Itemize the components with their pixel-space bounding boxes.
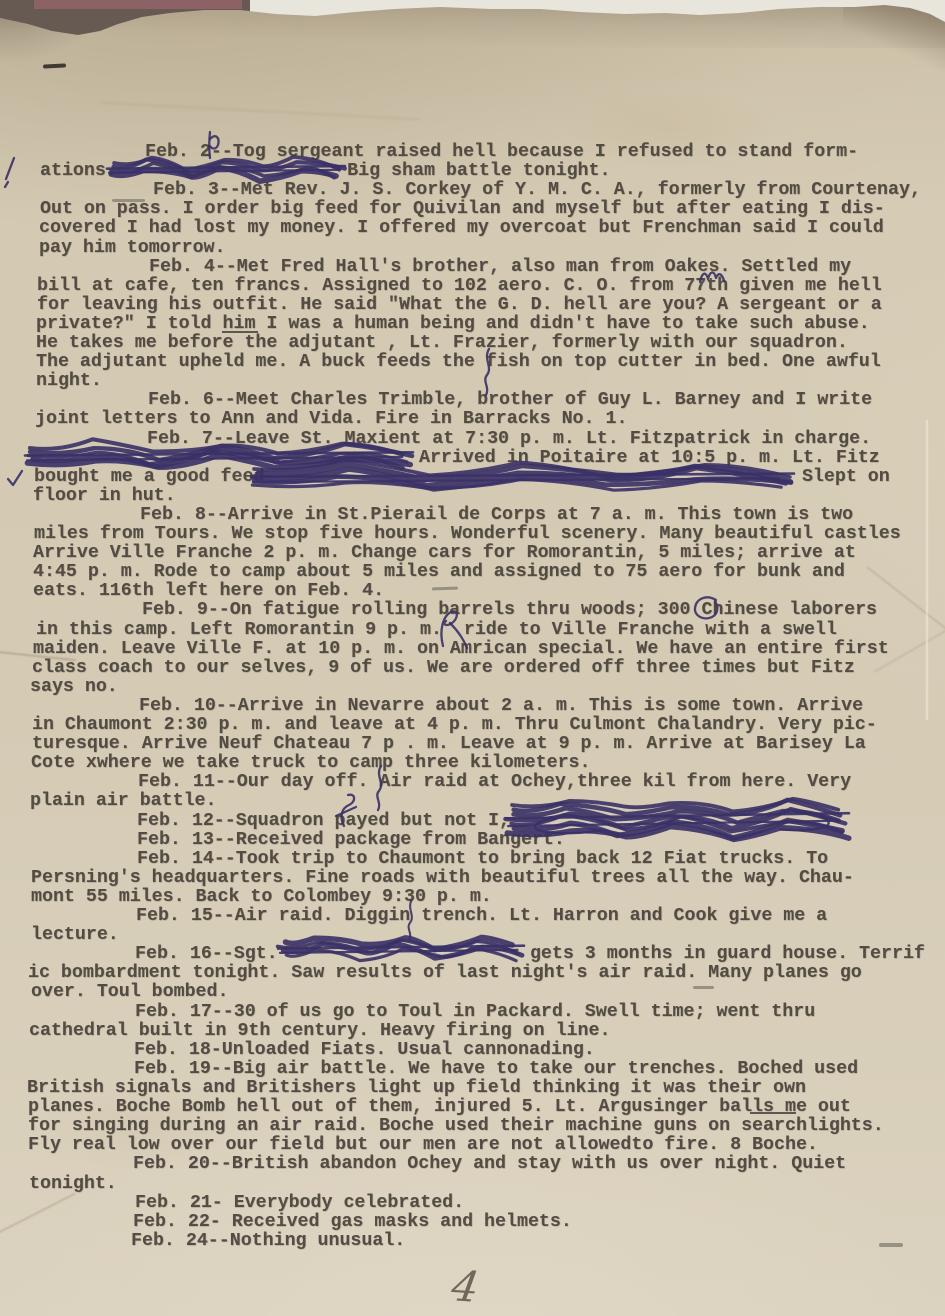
typed-line: night. xyxy=(36,372,102,391)
typed-line: floor in hut. xyxy=(33,487,176,506)
typed-line: Feb. 14--Took trip to Chaumont to bring … xyxy=(137,850,828,869)
typed-line: Feb. 4--Met Fred Hall's brother, also ma… xyxy=(149,258,851,277)
typed-line: lecture. xyxy=(31,926,119,945)
typed-line: miles from Tours. We stop five hours. Wo… xyxy=(34,525,901,544)
typed-line: British signals and Britishers light up … xyxy=(27,1079,806,1098)
typed-line: cathedral built in 9th century. Heavy fi… xyxy=(29,1022,610,1041)
scanned-diary-page: Feb. 2--Tog sergeant raised hell because… xyxy=(0,0,945,1316)
typed-line: says no. xyxy=(30,678,118,697)
typed-line: Cote xwhere we take truck to camp three … xyxy=(31,754,591,773)
ink-crossout-sgt-name xyxy=(277,940,525,959)
ink-correction-p xyxy=(203,129,221,159)
typed-line: in Chaumont 2:30 p. m. and leave at 4 p.… xyxy=(32,716,877,735)
pencil-dash-bottom xyxy=(879,1243,903,1247)
typed-line: Feb. 21- Everybody celebrated. xyxy=(135,1194,464,1213)
typed-line: 4:45 p. m. Rode to camp about 5 miles an… xyxy=(33,563,845,582)
typed-line: for leaving his outfit. He said "What th… xyxy=(37,296,882,315)
typed-line: Feb. 10--Arrive in Nevarre about 2 a. m.… xyxy=(139,697,863,716)
typed-line: He takes me before the adjutant , Lt. Fr… xyxy=(36,334,848,353)
page-number: 4 xyxy=(448,1261,482,1311)
typed-line: private?" I told him I was a human being… xyxy=(36,315,870,334)
scan-edge-sliver xyxy=(34,0,242,9)
ink-correction-i xyxy=(437,608,469,650)
typed-line: Feb. 24--Nothing unusual. xyxy=(131,1232,405,1251)
ink-flourish-air-raid xyxy=(371,764,389,812)
typed-line: Feb. 15--Air raid. Diggin trench. Lt. Ha… xyxy=(136,907,827,926)
typed-line: eats. 116th left here on Feb. 4. xyxy=(33,582,384,601)
ink-flourish-fish xyxy=(479,347,497,397)
typed-line: Feb. 2--Tog sergeant raised hell because… xyxy=(145,143,858,162)
typed-line: tonight. xyxy=(29,1175,117,1194)
typed-line: Feb. 20--British abandon Ochey and stay … xyxy=(133,1155,846,1174)
ink-crossout-feed xyxy=(250,467,795,489)
typed-line: mont 55 miles. Back to Colombey 9:30 p. … xyxy=(31,888,492,907)
typed-line: Feb. 22- Received gas masks and helmets. xyxy=(133,1213,572,1232)
typed-line: Feb. 8--Arrive in St.Pierail de Corps at… xyxy=(140,506,853,525)
margin-check-mark xyxy=(7,469,23,487)
paper-sheet: Feb. 2--Tog sergeant raised hell because… xyxy=(0,0,945,1316)
typed-line: Feb. 13--Received package from Bangert. xyxy=(137,831,565,850)
typed-line: Out on pass. I order big feed for Quivil… xyxy=(40,200,885,219)
typed-line: Feb. 18-Unloaded Fiats. Usual cannonadin… xyxy=(134,1041,595,1060)
typed-line: Feb. 17--30 of us go to Toul in Packard.… xyxy=(135,1003,815,1022)
crease-line xyxy=(0,1193,76,1234)
ink-correction-ch xyxy=(692,595,720,621)
typed-line: Feb. 3--Met Rev. J. S. Corkey of Y. M. C… xyxy=(153,181,921,200)
typed-line: plain air battle. xyxy=(30,792,217,811)
typed-line: Feb. 19--Big air battle. We have to take… xyxy=(134,1060,858,1079)
typed-line: Fly real low over our field but our men … xyxy=(28,1136,818,1155)
typed-line: Feb. 6--Meet Charles Trimble, brother of… xyxy=(148,391,872,410)
typed-line: Arrive Ville Franche 2 p. m. Change cars… xyxy=(33,544,856,563)
typed-line: Feb. 16--Sgt. gets 3 months in guard hou… xyxy=(135,945,925,964)
crease-line xyxy=(100,102,420,121)
typed-line: for singing during an air raid. Boche us… xyxy=(28,1117,884,1136)
typed-line: class coach to our selves, 9 of us. We a… xyxy=(32,659,855,678)
pencil-underline-feb3 xyxy=(112,199,145,202)
typed-line: bill at cafe, ten francs. Assigned to 10… xyxy=(37,277,882,296)
pencil-dash-feb8 xyxy=(432,587,458,591)
pencil-dash-planes xyxy=(693,986,714,989)
typed-line: Feb. 9--On fatigue rolling barrels thru … xyxy=(142,601,877,620)
typed-line: Feb. 11--Our day off. Air raid at Ochey,… xyxy=(138,773,851,792)
ink-crossout-scott xyxy=(106,161,346,178)
typed-underline-me xyxy=(750,1112,796,1114)
crease-line xyxy=(866,566,945,632)
ink-correction-w xyxy=(698,266,726,288)
typed-line: joint letters to Ann and Vida. Fire in B… xyxy=(35,410,627,429)
ink-correction-payed xyxy=(330,792,360,830)
typed-line: turesque. Arrive Neuf Chateau 7 p . m. L… xyxy=(32,735,866,754)
typed-underline-him xyxy=(222,331,258,333)
typed-line: Persning's headquarters. Fine roads with… xyxy=(31,869,854,888)
typed-line: Feb. 12--Squadron payed but not I, xyxy=(137,812,510,831)
typed-line: planes. Boche Bomb hell out of them, inj… xyxy=(28,1098,851,1117)
typed-line: The adjutant upheld me. A buck feeds the… xyxy=(36,353,881,372)
crease-line xyxy=(926,420,928,720)
typed-line: pay him tomorrow. xyxy=(39,239,226,258)
typed-line: covered I had lost my money. I offered m… xyxy=(39,219,884,238)
ink-crossout-feb12 xyxy=(505,803,850,837)
typed-line: ic bombardment tonight. Saw results of l… xyxy=(28,964,862,983)
margin-slash-mark xyxy=(2,156,16,188)
typed-line: over. Toul bombed. xyxy=(31,983,228,1002)
corner-fold-shadow-right xyxy=(843,0,945,72)
